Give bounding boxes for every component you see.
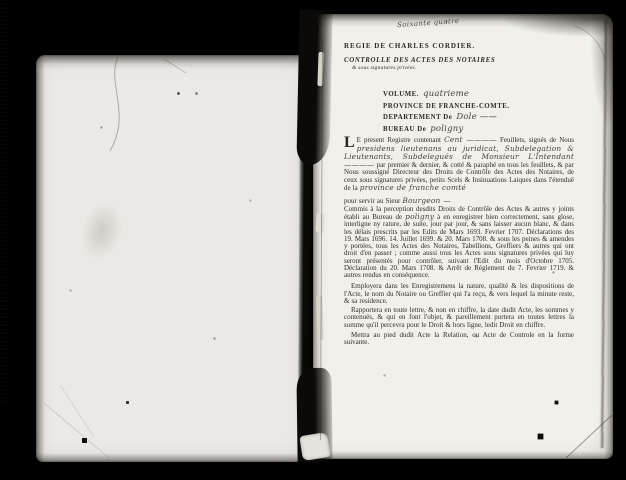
print-segment: à en enregistrer bien correctement, sans… [344, 213, 574, 279]
commis-paragraph: Commis à la perception desdits Droits de… [344, 206, 574, 280]
field-bureau-value: poligny [430, 124, 463, 134]
field-bureau-label: BUREAU De [383, 126, 426, 133]
print-segment: pour servir au Sieur [344, 197, 402, 205]
rapportera-paragraph: Rapportera en toute lettre, & non en chi… [344, 307, 574, 329]
field-province: PROVINCE DE FRANCHE-COMTE. [383, 95, 574, 107]
signatures-note: & sous signatures privées. [352, 65, 574, 71]
torn-paper-fragment [315, 213, 324, 234]
employera-paragraph: Employera dans les Enregistremens la nat… [344, 283, 574, 305]
binding-gutter-top [296, 10, 332, 166]
handwritten-segment: province de franche comté [360, 183, 466, 192]
register-body-text: LE present Registre contenant Cent ———— … [344, 136, 574, 346]
regie-title: REGIE DE CHARLES CORDIER. [344, 42, 574, 50]
serving-line: pour servir au Sieur Bourgeon — [344, 197, 574, 205]
left-page-blank [36, 55, 306, 462]
dropcap-L: L [344, 136, 355, 150]
printed-title-page: REGIE DE CHARLES CORDIER. CONTROLLE DES … [344, 42, 574, 346]
register-fields: VOLUME. quatrieme PROVINCE DE FRANCHE-CO… [383, 83, 574, 129]
registre-paragraph: LE present Registre contenant Cent ———— … [344, 136, 574, 192]
handwritten-segment: Bourgeon — [402, 196, 451, 205]
field-departement: DEPARTEMENT De Dole —— [383, 106, 574, 118]
field-volume: VOLUME. quatrieme [383, 83, 574, 95]
scanned-register-spread: Soixante quatre REGIE DE CHARLES CORDIER… [0, 0, 626, 480]
mettra-paragraph: Mettra au pied dudit Acte la Relation, o… [344, 332, 574, 347]
folded-corner-shade [565, 414, 613, 459]
page-edge-crinkle [0, 0, 9, 404]
controle-title: CONTROLLE DES ACTES DES NOTAIRES [344, 57, 574, 64]
torn-paper-fragment [299, 432, 331, 461]
ink-specks [0, 0, 1, 1]
paper-stain [76, 198, 129, 264]
crease-lines [36, 55, 306, 462]
